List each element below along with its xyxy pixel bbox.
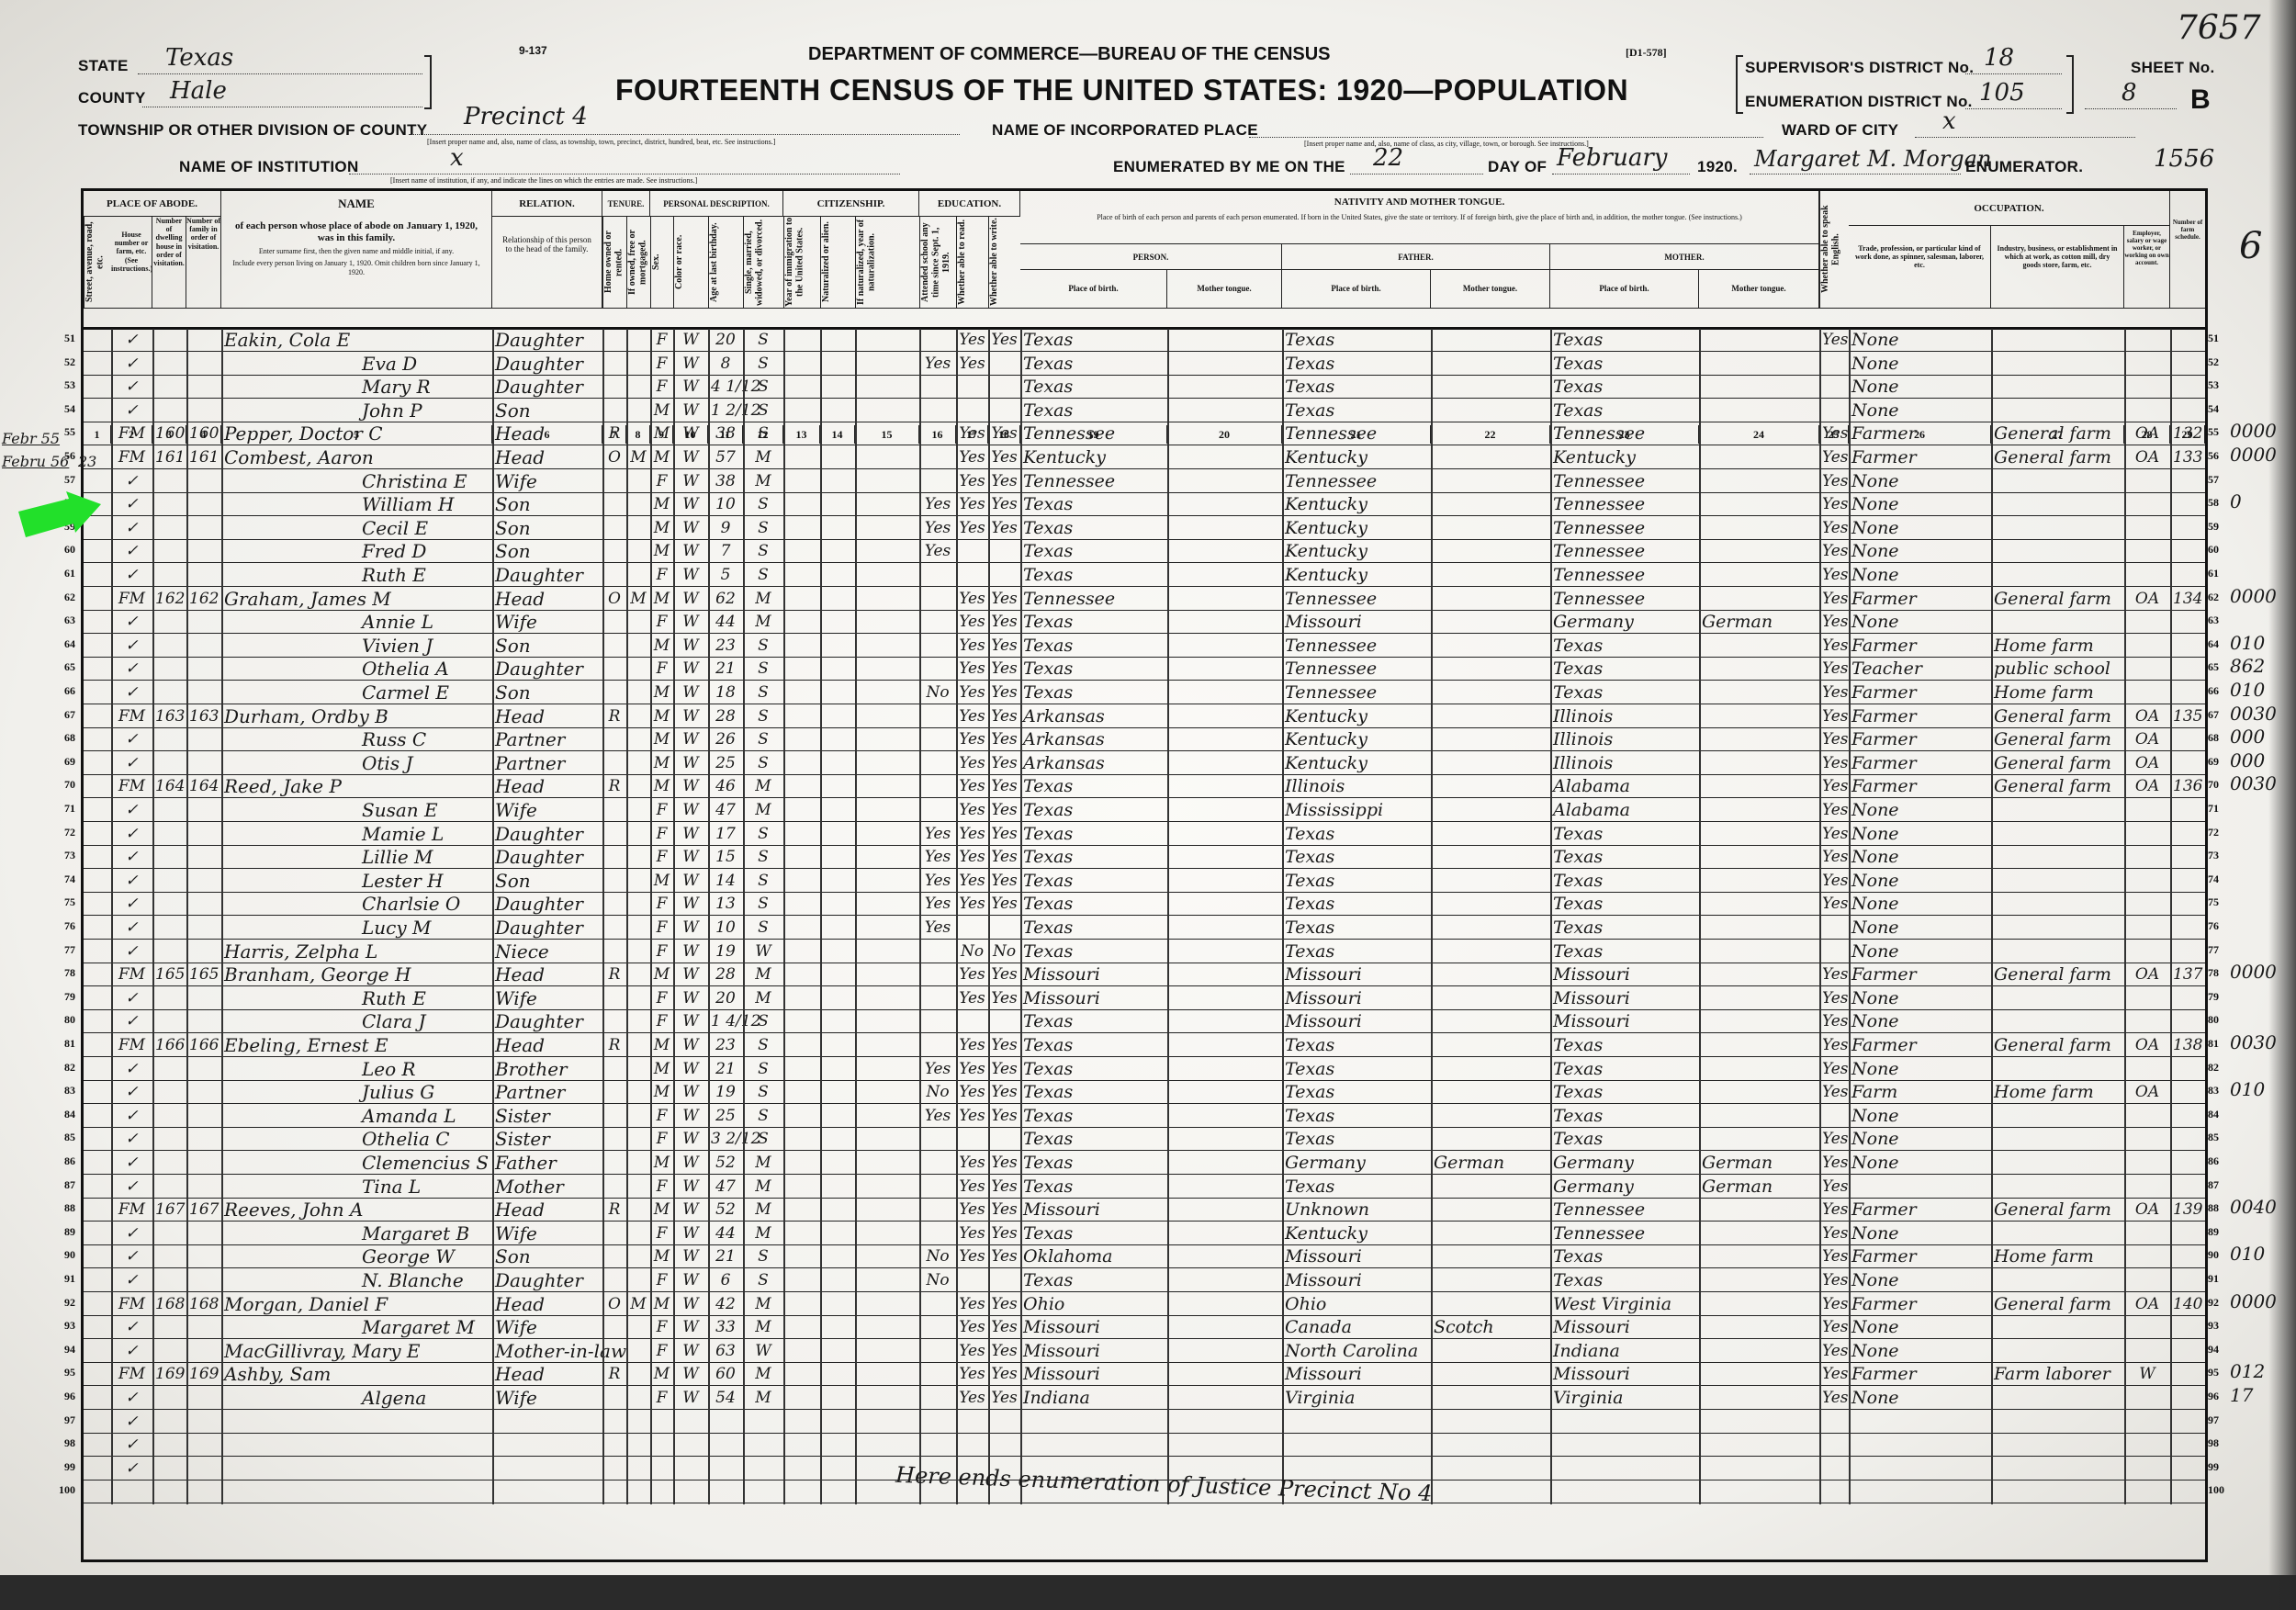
cell-fam (189, 1105, 219, 1128)
cell-pob: Texas (1023, 353, 1165, 376)
cell-own: R (605, 705, 624, 728)
column-divider (602, 1316, 604, 1340)
column-divider (1991, 823, 1993, 847)
column-divider (2170, 681, 2172, 705)
column-divider (1849, 1340, 1851, 1364)
cell-mpob: Illinois (1553, 705, 1696, 728)
cell-fpob (1285, 1411, 1428, 1434)
cell-fam (189, 1222, 219, 1245)
cell-sex: F (653, 611, 670, 634)
column-divider (855, 1340, 857, 1364)
line-number-right: 95 (2208, 1366, 2219, 1379)
column-divider (111, 917, 113, 940)
column-divider (111, 517, 113, 541)
cell-farm (2173, 681, 2202, 704)
column-divider (111, 799, 113, 823)
enumeration-label: ENUMERATION DISTRICT No. (1745, 93, 1973, 111)
column-divider (1550, 635, 1552, 659)
column-divider (626, 329, 628, 353)
column-divider (673, 540, 675, 564)
cell-name: Ruth E (224, 987, 490, 1010)
county-label: COUNTY (78, 89, 146, 107)
cell-sch (922, 635, 953, 658)
column-divider (783, 1434, 785, 1458)
column-divider (1282, 376, 1284, 400)
cell-name: Margaret B (224, 1222, 490, 1245)
column-divider (152, 1058, 154, 1082)
cell-write: Yes (991, 823, 1018, 846)
column-divider (492, 705, 494, 729)
column-divider (650, 611, 652, 635)
cell-mort (629, 329, 647, 352)
column-divider (1819, 1269, 1821, 1293)
column-divider (1991, 870, 1993, 894)
cell-sch (922, 1411, 953, 1434)
column-divider (1991, 1387, 1993, 1411)
cell-ftong: Scotch (1434, 1316, 1548, 1339)
cell-mtong (1702, 540, 1817, 563)
line-number-left: 61 (46, 567, 75, 580)
column-divider (650, 1176, 652, 1199)
column-divider (1699, 1293, 1701, 1317)
column-divider (820, 963, 822, 987)
cell-ind (1994, 1058, 2122, 1081)
cell-eng: Yes (1822, 1340, 1846, 1363)
cell-home: ✓ (114, 540, 150, 563)
cell-sch (922, 1152, 953, 1175)
line-number-left: 53 (46, 378, 75, 392)
township-label: TOWNSHIP OR OTHER DIVISION OF COUNTY (78, 121, 427, 140)
column-divider (988, 1269, 990, 1293)
cell-mtong (1702, 940, 1817, 963)
cell-mpob: Texas (1553, 1128, 1696, 1151)
column-divider (988, 940, 990, 964)
cell-mtong (1702, 470, 1817, 493)
cell-own: R (605, 1363, 624, 1386)
column-divider (1849, 893, 1851, 917)
line-number-right: 86 (2208, 1154, 2219, 1168)
cell-write (991, 400, 1018, 422)
cell-rel: Head (495, 963, 600, 986)
column-divider (708, 1152, 710, 1176)
cell-farm (2173, 1010, 2202, 1033)
column-divider (221, 1010, 223, 1034)
cell-eng: Yes (1822, 775, 1846, 798)
cell-fpob: Texas (1285, 1128, 1428, 1151)
cell-name: Charlsie O (224, 893, 490, 916)
column-divider (111, 588, 113, 612)
cell-pob: Texas (1023, 1081, 1165, 1104)
cell-dw: 162 (155, 588, 184, 611)
column-divider (1849, 1269, 1851, 1293)
cell-write: Yes (991, 493, 1018, 516)
cell-dw (155, 493, 184, 516)
table-row: FM166166Ebeling, Ernest EHeadRMW23SYesYe… (84, 1034, 2205, 1057)
column-divider (221, 1269, 223, 1293)
cell-eng: Yes (1822, 799, 1846, 822)
cell-write: Yes (991, 1105, 1018, 1128)
cell-sch: Yes (922, 917, 953, 940)
cell-farm (2173, 823, 2202, 846)
cell-own (605, 940, 624, 963)
column-divider (988, 987, 990, 1011)
column-divider (673, 1293, 675, 1317)
column-divider (1819, 446, 1821, 470)
cell-fpob: Texas (1285, 376, 1428, 399)
cell-ftong (1434, 775, 1548, 798)
cell-fam (189, 635, 219, 658)
cell-race: W (676, 823, 705, 846)
column-divider (1819, 1152, 1821, 1176)
column-divider (855, 1481, 857, 1504)
cell-read: Yes (959, 681, 985, 704)
column-divider (2170, 400, 2172, 423)
cell-pob: Ohio (1023, 1293, 1165, 1316)
column-divider (492, 940, 494, 964)
cell-own (605, 752, 624, 775)
cell-mtong: German (1702, 611, 1817, 634)
cell-fpob: Texas (1285, 1105, 1428, 1128)
cell-mort (629, 1176, 647, 1199)
cell-race: W (676, 846, 705, 869)
cell-fam (189, 1245, 219, 1268)
column-divider (152, 917, 154, 940)
column-divider (1020, 1034, 1022, 1058)
column-divider (1819, 1199, 1821, 1222)
cell-fam (189, 1434, 219, 1457)
cell-read: Yes (959, 1081, 985, 1104)
cell-name: Ruth E (224, 564, 490, 587)
column-divider (1550, 1293, 1552, 1317)
column-divider (1431, 705, 1433, 729)
cell-write: Yes (991, 1199, 1018, 1222)
column-divider (1167, 517, 1169, 541)
cell-own (605, 893, 624, 916)
cell-age: 1 2/12 (711, 400, 740, 422)
column-divider (221, 1128, 223, 1152)
column-divider (602, 329, 604, 353)
col-8-header: If owned, free or mortgaged. (626, 217, 650, 308)
column-divider (152, 540, 154, 564)
cell-mpob: Texas (1553, 1034, 1696, 1057)
column-divider (855, 540, 857, 564)
column-divider (152, 1316, 154, 1340)
column-divider (1167, 1434, 1169, 1458)
column-divider (650, 1081, 652, 1105)
column-divider (1282, 446, 1284, 470)
column-divider (602, 1058, 604, 1082)
column-divider (602, 940, 604, 964)
cell-ftong (1434, 1269, 1548, 1292)
column-divider (602, 705, 604, 729)
column-divider (988, 1293, 990, 1317)
column-divider (1550, 1411, 1552, 1435)
column-divider (626, 517, 628, 541)
cell-ind (1994, 893, 2122, 916)
column-divider (956, 493, 958, 517)
col-7-header: Home owned or rented. (602, 217, 626, 308)
column-divider (1699, 517, 1701, 541)
column-divider (673, 400, 675, 423)
column-divider (152, 400, 154, 423)
column-divider (221, 1222, 223, 1246)
table-row: ✓Othelia CSisterFW3 2/12STexasTexasTexas… (84, 1128, 2205, 1151)
cell-mort (629, 1458, 647, 1481)
column-divider (1991, 564, 1993, 588)
column-divider (492, 775, 494, 799)
column-divider (919, 987, 921, 1011)
cell-fam: 167 (189, 1199, 219, 1222)
cell-sch (922, 1222, 953, 1245)
column-divider (673, 728, 675, 752)
cell-mort (629, 517, 647, 540)
column-divider (650, 1152, 652, 1176)
cell-farm (2173, 517, 2202, 540)
cell-mpob: Illinois (1553, 728, 1696, 751)
column-divider (152, 893, 154, 917)
green-arrow-icon (18, 491, 101, 537)
cell-rel: Son (495, 635, 600, 658)
column-divider (783, 846, 785, 870)
column-divider (602, 1010, 604, 1034)
cell-dw (155, 353, 184, 376)
column-divider (988, 1081, 990, 1105)
cell-mar: S (746, 846, 781, 869)
column-divider (1849, 329, 1851, 353)
column-divider (783, 1458, 785, 1481)
cell-eng: Yes (1822, 611, 1846, 634)
cell-read: Yes (959, 446, 985, 469)
cell-dw (155, 635, 184, 658)
column-divider (820, 540, 822, 564)
cell-mort (629, 963, 647, 986)
column-divider (1167, 940, 1169, 964)
table-row: FM162162Graham, James MHeadOMMW62MYesYes… (84, 588, 2205, 611)
cell-name: N. Blanche (224, 1269, 490, 1292)
cell-dw (155, 987, 184, 1010)
column-divider (1282, 540, 1284, 564)
cell-race: W (676, 1058, 705, 1081)
line-number-left: 79 (46, 990, 75, 1004)
enumeration-value: 105 (1979, 79, 2025, 107)
column-divider (1699, 1363, 1701, 1387)
cell-race: W (676, 1222, 705, 1245)
column-divider (919, 823, 921, 847)
cell-dw (155, 329, 184, 352)
cell-fam (189, 517, 219, 540)
line-number-right: 63 (2208, 614, 2219, 627)
column-divider (650, 775, 652, 799)
column-divider (1699, 1034, 1701, 1058)
cell-sch (922, 470, 953, 493)
cell-write: Yes (991, 635, 1018, 658)
column-divider (602, 917, 604, 940)
column-divider (1991, 1176, 1993, 1199)
column-divider (820, 846, 822, 870)
column-divider (820, 823, 822, 847)
column-divider (783, 1010, 785, 1034)
cell-pob: Oklahoma (1023, 1245, 1165, 1268)
column-divider (602, 635, 604, 659)
column-divider (1431, 564, 1433, 588)
column-divider (221, 893, 223, 917)
column-divider (956, 917, 958, 940)
cell-ind (1994, 1176, 2122, 1199)
column-divider (820, 752, 822, 776)
column-divider (956, 1199, 958, 1222)
cell-emp (2127, 1340, 2167, 1363)
column-divider (2170, 799, 2172, 823)
cell-rel: Son (495, 493, 600, 516)
column-divider (1849, 1058, 1851, 1082)
cell-rel: Son (495, 400, 600, 422)
cell-mort (629, 635, 647, 658)
cell-ind (1994, 1316, 2122, 1339)
table-row: ✓Mary RDaughterFW4 1/12STexasTexasTexasN… (84, 376, 2205, 399)
column-divider (1849, 846, 1851, 870)
cell-mpob: Tennessee (1553, 588, 1696, 611)
cell-read: Yes (959, 1199, 985, 1222)
column-divider (111, 493, 113, 517)
cell-mpob: Alabama (1553, 799, 1696, 822)
column-divider (1849, 940, 1851, 964)
column-divider (820, 728, 822, 752)
column-divider (1991, 1199, 1993, 1222)
cell-emp (2127, 400, 2167, 422)
column-divider (1020, 1199, 1022, 1222)
cell-rel: Wife (495, 799, 600, 822)
column-divider (783, 1245, 785, 1269)
column-divider (743, 752, 745, 776)
column-divider (152, 1152, 154, 1176)
column-divider (2124, 1340, 2126, 1364)
column-divider (855, 1316, 857, 1340)
cell-ftong (1434, 446, 1548, 469)
cell-mtong (1702, 987, 1817, 1010)
column-divider (743, 1222, 745, 1246)
column-divider (1699, 540, 1701, 564)
cell-pob: Missouri (1023, 1316, 1165, 1339)
column-divider (1849, 799, 1851, 823)
column-divider (1699, 1340, 1701, 1364)
cell-fpob: Germany (1285, 1152, 1428, 1175)
cell-mpob: Tennessee (1553, 470, 1696, 493)
column-divider (1167, 799, 1169, 823)
column-divider (1550, 1222, 1552, 1246)
line-number-left: 71 (46, 802, 75, 816)
cell-rel: Head (495, 446, 600, 469)
cell-ind: General farm (1994, 422, 2122, 445)
cell-own (605, 611, 624, 634)
township-value: Precinct 4 (464, 103, 588, 130)
column-divider (708, 1105, 710, 1129)
column-divider (1849, 1387, 1851, 1411)
cell-fam (189, 1340, 219, 1363)
cell-write (991, 1411, 1018, 1434)
column-divider (111, 1152, 113, 1176)
table-row: FM165165Branham, George HHeadRMW28MYesYe… (84, 963, 2205, 986)
table-row: ✓Clara JDaughterFW1 4/12STexasMissouriMi… (84, 1010, 2205, 1033)
cell-sex: M (653, 870, 670, 893)
column-divider (2170, 1363, 2172, 1387)
column-divider (1550, 1245, 1552, 1269)
column-divider (988, 1222, 990, 1246)
cell-fam (189, 1010, 219, 1033)
cell-eng: Yes (1822, 963, 1846, 986)
column-divider (1020, 1245, 1022, 1269)
column-divider (1020, 1293, 1022, 1317)
column-divider (1431, 775, 1433, 799)
column-divider (602, 681, 604, 705)
cell-age: 54 (711, 1387, 740, 1410)
cell-age: 21 (711, 658, 740, 681)
column-divider (673, 846, 675, 870)
table-row: ✓Carmel ESonMW18SNoYesYesTexasTennesseeT… (84, 681, 2205, 704)
cell-name: Combest, Aaron (224, 446, 490, 469)
column-divider (956, 400, 958, 423)
column-divider (2124, 493, 2126, 517)
cell-name: Susan E (224, 799, 490, 822)
cell-emp: OA (2127, 752, 2167, 775)
cell-name: Julius G (224, 1081, 490, 1104)
line-number-left: 89 (46, 1225, 75, 1239)
cell-occ: None (1851, 470, 1988, 493)
cell-name (224, 1434, 490, 1457)
cell-emp (2127, 846, 2167, 869)
cell-sex: M (653, 588, 670, 611)
cell-read: Yes (959, 1058, 985, 1081)
column-divider (919, 1363, 921, 1387)
cell-own (605, 1105, 624, 1128)
column-divider (626, 1481, 628, 1504)
column-divider (1020, 940, 1022, 964)
cell-mpob: Texas (1553, 353, 1696, 376)
column-divider (919, 1176, 921, 1199)
cell-eng: Yes (1822, 705, 1846, 728)
cell-mpob: Alabama (1553, 775, 1696, 798)
cell-emp (2127, 376, 2167, 399)
column-divider (1991, 470, 1993, 494)
cell-home: FM (114, 963, 150, 986)
form-code: [D1-578] (1626, 46, 1667, 60)
cell-rel: Son (495, 540, 600, 563)
table-row: ✓Julius GPartnerMW19SNoYesYesTexasTexasT… (84, 1081, 2205, 1104)
column-divider (1282, 681, 1284, 705)
column-divider (492, 470, 494, 494)
cell-eng: Yes (1822, 635, 1846, 658)
column-divider (1167, 752, 1169, 776)
cell-sch (922, 752, 953, 775)
column-divider (602, 588, 604, 612)
cell-sch: Yes (922, 517, 953, 540)
column-divider (673, 1105, 675, 1129)
cell-ind (1994, 799, 2122, 822)
column-divider (855, 493, 857, 517)
table-row: ✓MacGillivray, Mary EMother-in-lawFW63WY… (84, 1340, 2205, 1363)
table-row: ✓ (84, 1411, 2205, 1434)
cell-mort (629, 775, 647, 798)
column-divider (186, 400, 188, 423)
column-divider (673, 1128, 675, 1152)
cell-emp: OA (2127, 775, 2167, 798)
cell-ftong (1434, 1340, 1548, 1363)
margin-note-row55: Febr 55 (2, 430, 60, 447)
column-divider (626, 917, 628, 940)
column-divider (743, 1105, 745, 1129)
column-divider (1699, 1458, 1701, 1481)
cell-age: 26 (711, 728, 740, 751)
cell-own (605, 658, 624, 681)
